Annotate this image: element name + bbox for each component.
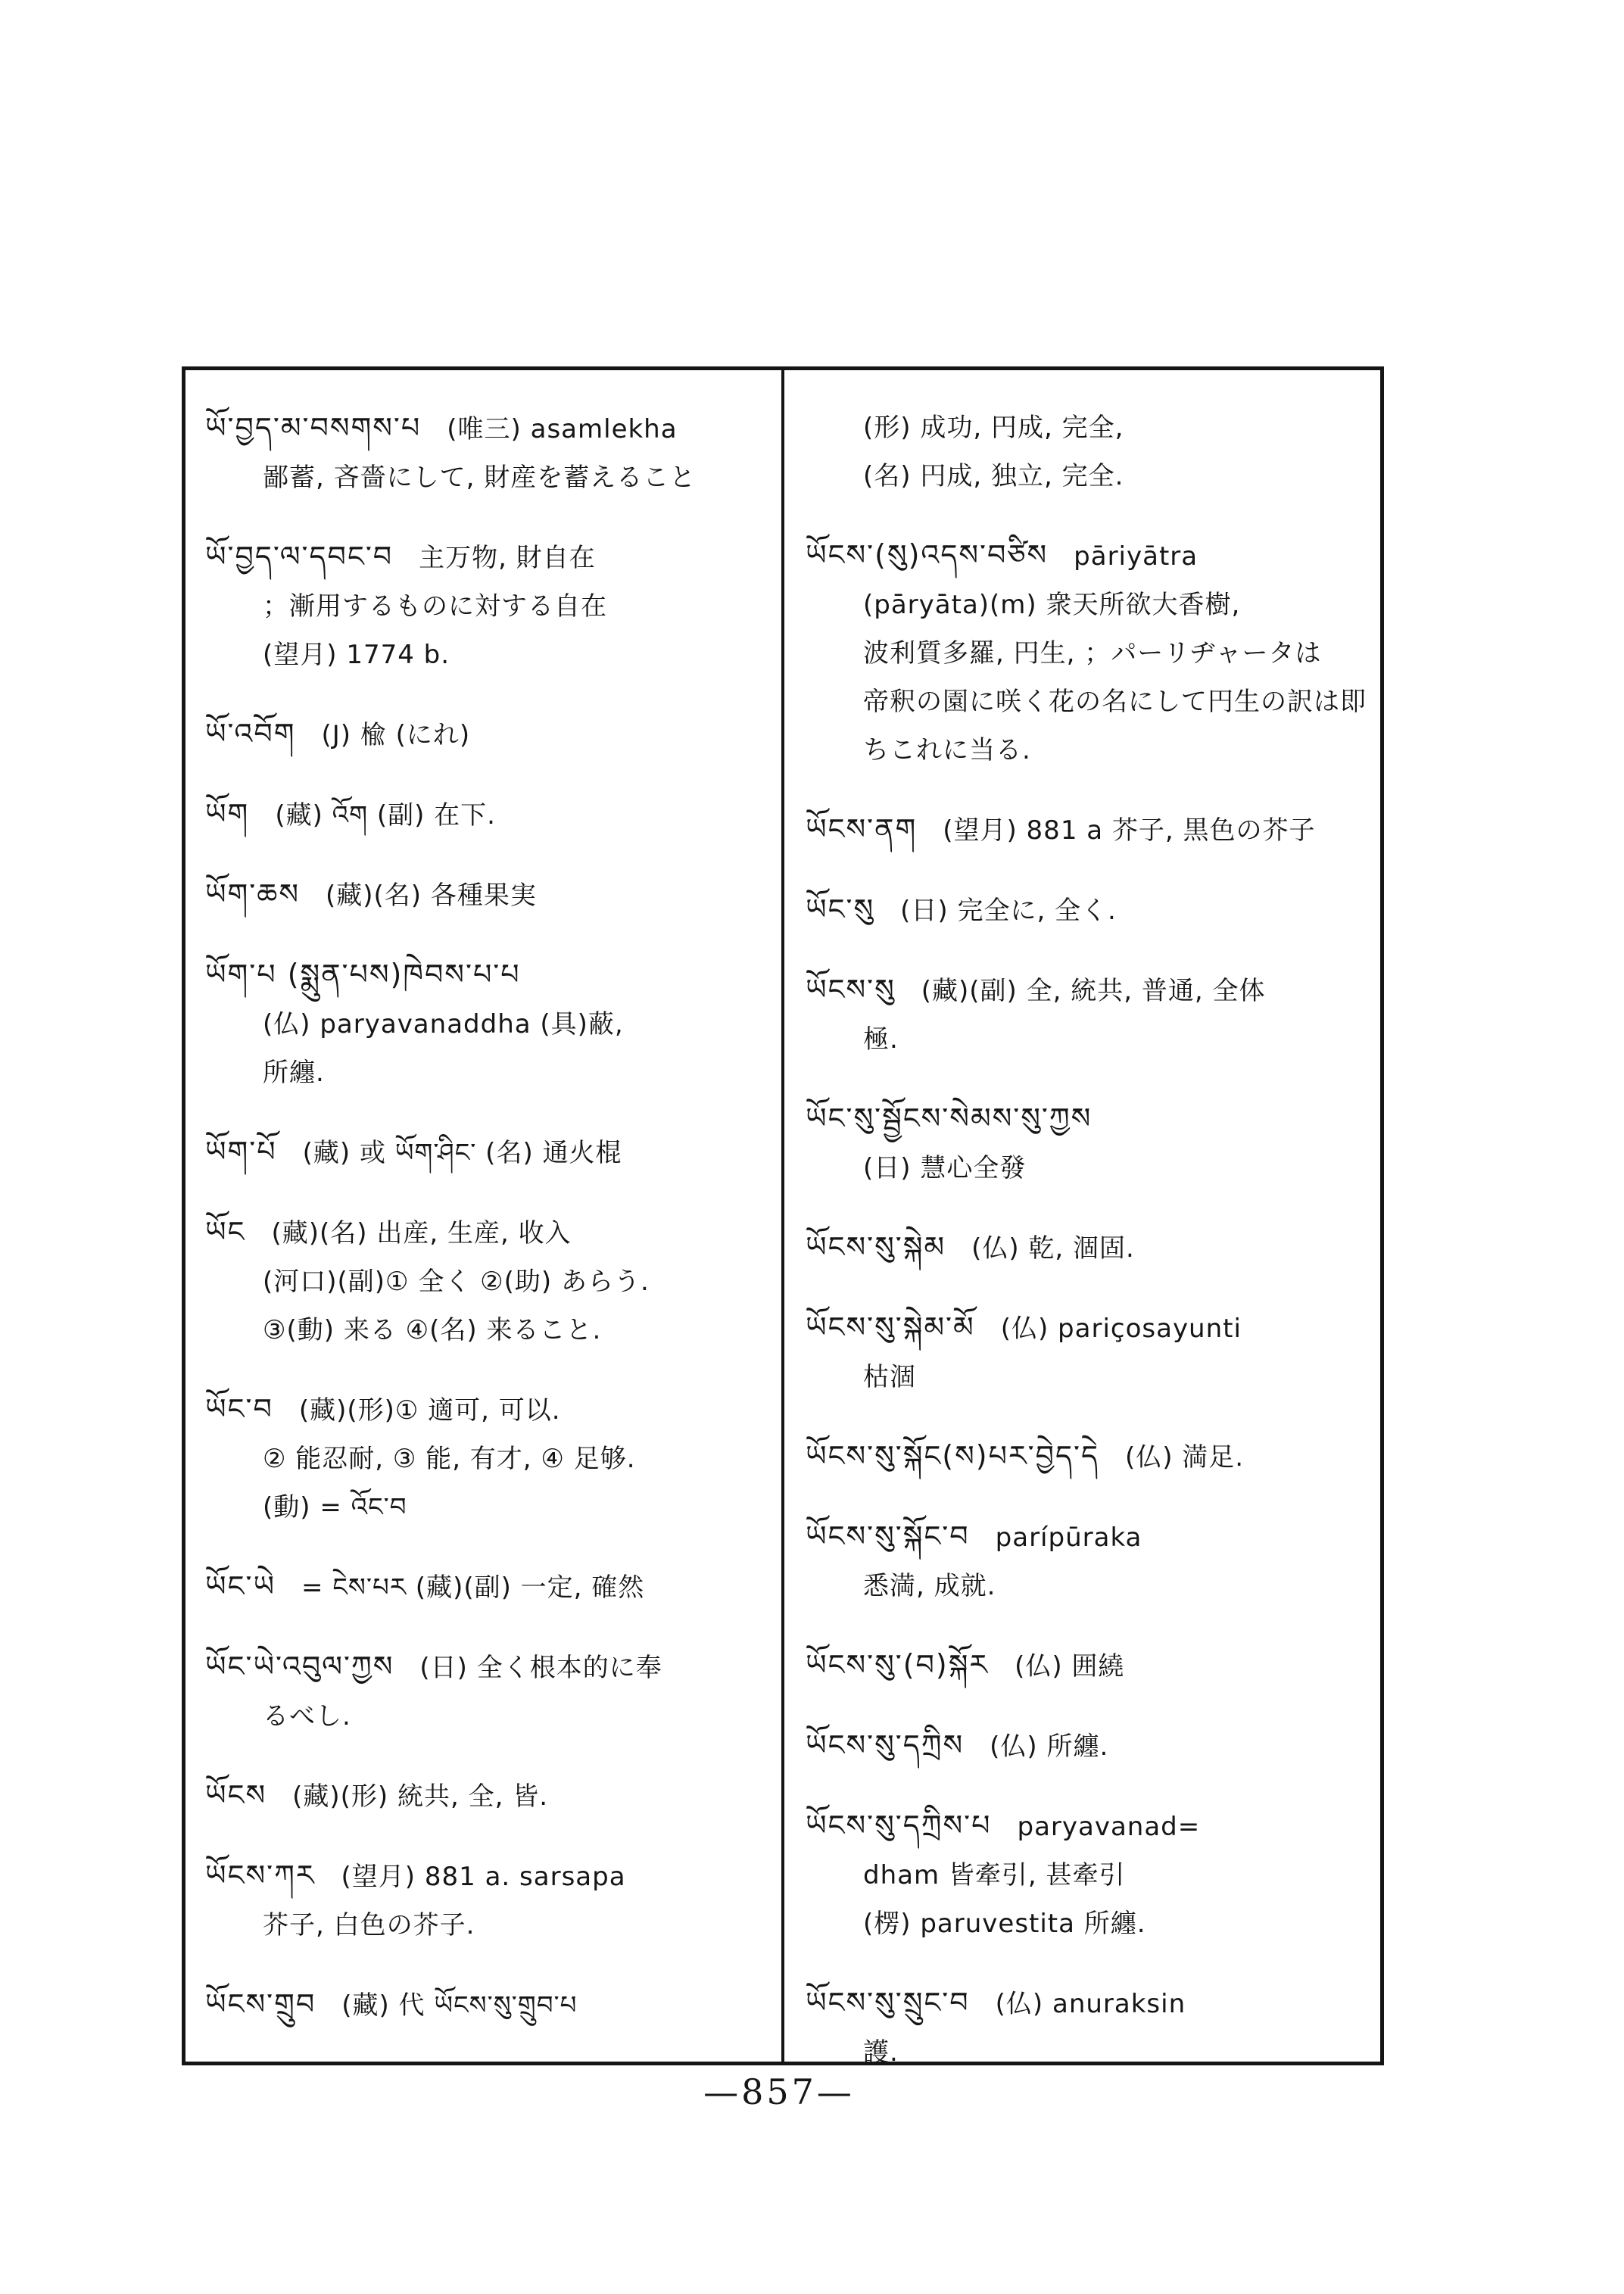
dictionary-entry: ཡོག་ཆས(藏)(名) 各種果実 <box>205 870 781 920</box>
dictionary-entry: ཡོང་ཡེ= ངེས་པར (藏)(副) 一定, 確然 <box>205 1562 781 1612</box>
tibetan-headword: ཡོངས་ནག <box>806 812 917 846</box>
entry-gloss: (望月) 881 a 芥子, 黒色の芥子 <box>943 815 1315 846</box>
entry-first-line: ཡོངས་སུ་དཀྲིས་པparyavanad= <box>806 1801 1380 1851</box>
gloss-continuation-line: (pāryāta)(m) 衆天所欲大香樹, <box>806 581 1380 629</box>
gloss-text: 帝釈の園に咲く花の名にして円生の訳は即 <box>863 687 1367 717</box>
dictionary-entry: ཡོངས་གྲུབ(藏) 代 ཡོངས་སུ་གྲུབ་པ <box>205 1980 781 2030</box>
entry-gloss: (藏)(名) 各種果実 <box>326 881 537 911</box>
gloss-continuation-line: ③(動) 来る ④(名) 来ること. <box>205 1306 781 1354</box>
gloss-continuation-line: 護. <box>806 2028 1380 2062</box>
tibetan-headword: ཡོངས་གྲུབ <box>205 1987 316 2021</box>
gloss-text: 所纏. <box>263 1058 325 1088</box>
continuation-lines: 極. <box>806 1015 1380 1064</box>
tibetan-headword: ཡོངས་སུ་དཀྲིས་པ <box>806 1809 991 1842</box>
tibetan-headword: ཡོངས་ཀར <box>205 1859 316 1892</box>
tibetan-headword: ཡོངས་སུ་སྐོང(ས)པར་བྱེད་དེ <box>806 1439 1099 1473</box>
entry-gloss: (藏)(形)① 適可, 可以. <box>299 1395 561 1426</box>
gloss-text: dham 皆牽引, 甚牽引 <box>863 1860 1126 1890</box>
gloss-continuation-line: (日) 慧心全發 <box>806 1144 1380 1192</box>
tibetan-headword: ཡོངས་སུ <box>806 973 896 1006</box>
entry-first-line: ཡོངས་སུ་སྐོང་བparípūraka <box>806 1512 1380 1562</box>
entry-gloss: (藏) 或 ཡོག་ཤིང་ (名) 通火棍 <box>303 1138 622 1168</box>
entry-first-line: ཡོ་བྱད་ལ་དབང་བ主万物, 財自在 <box>205 532 781 582</box>
dictionary-entry: ཡོ་བྱད་མ་བསགས་པ(唯三) asamlekha 鄙蓄, 吝嗇にして,… <box>205 404 781 502</box>
entry-gloss: (仏) 囲繞 <box>1015 1651 1124 1682</box>
gloss-text: (形) 成功, 円成, 完全, <box>863 413 1124 443</box>
gloss-continuation-line: dham 皆牽引, 甚牽引 <box>806 1851 1380 1900</box>
tibetan-headword: ཡོང་བ <box>205 1392 273 1426</box>
gloss-continuation-line: 悉満, 成就. <box>806 1562 1380 1610</box>
entry-first-line: ཡོངས་སུ་(བ)སྐོར(仏) 囲繞 <box>806 1641 1380 1691</box>
gloss-text: ちこれに当る. <box>863 735 1031 765</box>
entry-first-line: ཡོང་སུ་སྦྱོངས་སེམས་སུ་ཀྱས <box>806 1094 1380 1144</box>
entry-first-line: ཡོངས་སུ(藏)(副) 全, 統共, 普通, 全体 <box>806 965 1380 1015</box>
gloss-text: (名) 円成, 独立, 完全. <box>863 461 1124 491</box>
entry-gloss: (仏) 満足. <box>1125 1442 1244 1473</box>
gloss-continuation-line: 鄙蓄, 吝嗇にして, 財産を蓄えること <box>205 454 781 502</box>
entry-first-line: ཡོངས(藏)(形) 統共, 全, 皆. <box>205 1771 781 1821</box>
dictionary-entry: ཡོང(藏)(名) 出産, 生産, 收入 (河口)(副)① 全く ②(助) あら… <box>205 1208 781 1354</box>
gloss-continuation-line: 枯涸 <box>806 1353 1380 1401</box>
entry-gloss: (唯三) asamlekha <box>447 414 677 444</box>
entry-gloss: (仏) pariçosayunti <box>1001 1314 1242 1344</box>
dictionary-entry: ཡོ་བྱད་ལ་དབང་བ主万物, 財自在 ；漸用するものに対する自在 (望月… <box>205 532 781 679</box>
gloss-text: 波利質多羅, 円生, ；パーリヂャータは <box>863 638 1322 669</box>
entry-first-line: ཡོང་ཡེ= ངེས་པར (藏)(副) 一定, 確然 <box>205 1562 781 1612</box>
dictionary-entry: ཡོངས་སུ་དཀྲིས(仏) 所纏. <box>806 1721 1380 1771</box>
continuation-lines: 護. <box>806 2028 1380 2062</box>
dictionary-entry: ཡོངས་སུ་སྐེམ་མོ(仏) pariçosayunti 枯涸 <box>806 1303 1380 1401</box>
entry-first-line: ཡོང་ཡེ་འབུལ་ཀྱས(日) 全く根本的に奉 <box>205 1642 781 1692</box>
gloss-continuation-line: 波利質多羅, 円生, ；パーリヂャータは <box>806 629 1380 678</box>
continuation-lines: (形) 成功, 円成, 完全, (名) 円成, 独立, 完全. <box>806 404 1380 500</box>
left-column: ཡོ་བྱད་མ་བསགས་པ(唯三) asamlekha 鄙蓄, 吝嗇にして,… <box>185 370 781 2062</box>
entry-first-line: ཡོངས་སུ་སྐེམ་མོ(仏) pariçosayunti <box>806 1303 1380 1353</box>
continuation-lines: ② 能忍耐, ③ 能, 有才, ④ 足够. (動) = འོང་བ <box>205 1435 781 1532</box>
gloss-text: (pāryāta)(m) 衆天所欲大香樹, <box>863 590 1240 620</box>
entry-first-line: ཡོ་བྱད་མ་བསགས་པ(唯三) asamlekha <box>205 404 781 454</box>
entry-first-line: ཡོག་ཆས(藏)(名) 各種果実 <box>205 870 781 920</box>
gloss-text: 極. <box>863 1024 899 1055</box>
scanned-dictionary-page: ཡོ་བྱད་མ་བསགས་པ(唯三) asamlekha 鄙蓄, 吝嗇にして,… <box>0 0 1624 2294</box>
dictionary-entry: ཡོངས་ནག(望月) 881 a 芥子, 黒色の芥子 <box>806 805 1380 855</box>
entry-first-line: ཡོངས་ནག(望月) 881 a 芥子, 黒色の芥子 <box>806 805 1380 855</box>
tibetan-headword: ཡོངས་སུ་སྐོང་བ <box>806 1519 970 1553</box>
dictionary-entry: ཡོངས་(སུ)འདས་བཙིསpāriyātra (pāryāta)(m) … <box>806 531 1380 775</box>
tibetan-headword: ཡོང་ཡེ་འབུལ་ཀྱས <box>205 1650 394 1683</box>
gloss-text: (動) = འོང་བ <box>263 1492 407 1523</box>
dictionary-entry: ཡོངས་སུ་(བ)སྐོར(仏) 囲繞 <box>806 1641 1380 1691</box>
gloss-text: 護. <box>863 2037 899 2062</box>
tibetan-headword: ཡོ་བྱད་མ་བསགས་པ <box>205 411 421 444</box>
gloss-continuation-line: (仏) paryavanaddha (具)蔽, <box>205 1000 781 1049</box>
gloss-continuation-line: ② 能忍耐, ③ 能, 有才, ④ 足够. <box>205 1435 781 1483</box>
dictionary-entry: ཡོངས་སུ་སྲུང་བ(仏) anuraksin 護. <box>806 1978 1380 2062</box>
continuation-lines: るべし. <box>205 1692 781 1741</box>
continuation-lines: (日) 慧心全發 <box>806 1144 1380 1192</box>
entry-first-line: ཡོག་པ (སྨུན་པས)ཁེབས་པ་པ <box>205 950 781 1000</box>
gloss-continuation-line: 所纏. <box>205 1049 781 1097</box>
entry-gloss: 主万物, 財自在 <box>419 543 596 573</box>
dictionary-entry: ཡོ་འབོག(J) 楡 (にれ) <box>205 709 781 759</box>
tibetan-headword: ཡོངས་(སུ)འདས་བཙིས <box>806 538 1048 572</box>
gloss-continuation-line: ；漸用するものに対する自在 <box>205 582 781 631</box>
page-number: —857— <box>182 2071 1376 2112</box>
entry-gloss: = ངེས་པར (藏)(副) 一定, 確然 <box>301 1572 644 1603</box>
entry-gloss: (藏)(形) 統共, 全, 皆. <box>292 1781 548 1812</box>
tibetan-headword: ཡོག་ཆས <box>205 877 300 911</box>
entry-gloss: (藏)(名) 出産, 生産, 收入 <box>271 1218 571 1248</box>
dictionary-entry: ཡོག་པ (སྨུན་པས)ཁེབས་པ་པ (仏) paryavanaddh… <box>205 950 781 1097</box>
dictionary-entry: ཡོང་བ(藏)(形)① 適可, 可以. ② 能忍耐, ③ 能, 有才, ④ 足… <box>205 1385 781 1532</box>
gloss-text: るべし. <box>263 1701 351 1731</box>
tibetan-headword: ཡོངས་སུ་(བ)སྐོར <box>806 1648 989 1682</box>
tibetan-headword: ཡོང <box>205 1215 245 1248</box>
entry-first-line: ཡོག(藏) འོག (副) 在下. <box>205 790 781 840</box>
tibetan-headword: ཡོངས་སུ་སྐེམ་མོ <box>806 1311 975 1344</box>
dictionary-entry: ཡོངས་སུ་དཀྲིས་པparyavanad= dham 皆牽引, 甚牽引… <box>806 1801 1380 1948</box>
continuation-lines: (河口)(副)① 全く ②(助) あらう. ③(動) 来る ④(名) 来ること. <box>205 1258 781 1354</box>
gloss-text: (望月) 1774 b. <box>263 640 450 670</box>
entry-first-line: ཡོང(藏)(名) 出産, 生産, 收入 <box>205 1208 781 1258</box>
continuation-lines: 悉満, 成就. <box>806 1562 1380 1610</box>
continuation-lines: 枯涸 <box>806 1353 1380 1401</box>
tibetan-headword: ཡོང་སུ་སྦྱོངས་སེམས་སུ་ཀྱས <box>806 1102 1092 1135</box>
gloss-continuation-line: (動) = འོང་བ <box>205 1483 781 1532</box>
dictionary-entry: ཡོངས་ཀར(望月) 881 a. sarsapa 芥子, 白色の芥子. <box>205 1851 781 1950</box>
dictionary-entry: ཡོངས(藏)(形) 統共, 全, 皆. <box>205 1771 781 1821</box>
dictionary-entry: ཡོངས་སུ་སྐོང(ས)པར་བྱེད་དེ(仏) 満足. <box>806 1432 1380 1482</box>
tibetan-headword: ཡོངས་སུ་དཀྲིས <box>806 1728 964 1762</box>
entry-first-line: ཡོངས་སུ་སྲུང་བ(仏) anuraksin <box>806 1978 1380 2028</box>
continuation-lines: ；漸用するものに対する自在 (望月) 1774 b. <box>205 582 781 679</box>
gloss-continuation-line: (楞) paruvestita 所纏. <box>806 1900 1380 1948</box>
tibetan-headword: ཡོངས <box>205 1778 267 1812</box>
tibetan-headword: ཡོང་སུ <box>806 893 874 926</box>
entry-first-line: ཡོངས་གྲུབ(藏) 代 ཡོངས་སུ་གྲུབ་པ <box>205 1980 781 2030</box>
gloss-continuation-line: (河口)(副)① 全く ②(助) あらう. <box>205 1258 781 1306</box>
dictionary-entry: ཡོང་ཡེ་འབུལ་ཀྱས(日) 全く根本的に奉 るべし. <box>205 1642 781 1741</box>
tibetan-headword: ཡོག་པོ <box>205 1135 277 1168</box>
gloss-continuation-line: (形) 成功, 円成, 完全, <box>806 404 1380 452</box>
entry-gloss: (藏) འོག (副) 在下. <box>275 800 496 831</box>
gloss-continuation-line: 帝釈の園に咲く花の名にして円生の訳は即 <box>806 678 1380 726</box>
gloss-text: (楞) paruvestita 所纏. <box>863 1909 1146 1939</box>
tibetan-headword: ཡོངས་སུ་སྐེམ <box>806 1230 946 1264</box>
gloss-text: (河口)(副)① 全く ②(助) あらう. <box>263 1267 650 1297</box>
entry-first-line: ཡོ་འབོག(J) 楡 (にれ) <box>205 709 781 759</box>
tibetan-headword: ཡོ་བྱད་ལ་དབང་བ <box>205 540 393 573</box>
gloss-continuation-line: (望月) 1774 b. <box>205 631 781 679</box>
entry-first-line: ཡོངས་(སུ)འདས་བཙིསpāriyātra <box>806 531 1380 581</box>
page-border-box: ཡོ་བྱད་མ་བསགས་པ(唯三) asamlekha 鄙蓄, 吝嗇にして,… <box>182 366 1384 2065</box>
continuation-lines: dham 皆牽引, 甚牽引 (楞) paruvestita 所纏. <box>806 1851 1380 1948</box>
gloss-text: 鄙蓄, 吝嗇にして, 財産を蓄えること <box>263 463 696 493</box>
continuation-lines: (pāryāta)(m) 衆天所欲大香樹, 波利質多羅, 円生, ；パーリヂャー… <box>806 581 1380 775</box>
entry-first-line: ཡོག་པོ(藏) 或 ཡོག་ཤིང་ (名) 通火棍 <box>205 1127 781 1177</box>
dictionary-entry: ཡོངས་སུ(藏)(副) 全, 統共, 普通, 全体 極. <box>806 965 1380 1064</box>
entry-first-line: ཡོང་སུ(日) 完全に, 全く. <box>806 885 1380 935</box>
continuation-lines: 芥子, 白色の芥子. <box>205 1901 781 1950</box>
tibetan-headword: ཡོག <box>205 797 249 831</box>
entry-first-line: ཡོངས་སུ་སྐེམ(仏) 乾, 涸固. <box>806 1223 1380 1273</box>
gloss-text: 悉満, 成就. <box>863 1571 996 1601</box>
gloss-text: (仏) paryavanaddha (具)蔽, <box>263 1009 624 1039</box>
gloss-continuation-line: ちこれに当る. <box>806 726 1380 775</box>
gloss-text: ；漸用するものに対する自在 <box>263 591 607 622</box>
right-column: (形) 成功, 円成, 完全, (名) 円成, 独立, 完全. ཡོངས་(སུ… <box>784 370 1380 2062</box>
entry-gloss: pāriyātra <box>1074 541 1198 572</box>
dictionary-entry: ཡོངས་སུ་སྐོང་བparípūraka 悉満, 成就. <box>806 1512 1380 1610</box>
continuation-lines: (仏) paryavanaddha (具)蔽, 所纏. <box>205 1000 781 1097</box>
dictionary-entry: ཡོག་པོ(藏) 或 ཡོག་ཤིང་ (名) 通火棍 <box>205 1127 781 1177</box>
gloss-text: 枯涸 <box>863 1362 916 1392</box>
gloss-text: ② 能忍耐, ③ 能, 有才, ④ 足够. <box>263 1444 636 1474</box>
dictionary-entry: ཡོང་སུ་སྦྱོངས་སེམས་སུ་ཀྱས (日) 慧心全發 <box>806 1094 1380 1192</box>
entry-gloss: (仏) anuraksin <box>996 1989 1186 2019</box>
entry-gloss: (日) 全く根本的に奉 <box>419 1653 662 1683</box>
entry-gloss: (日) 完全に, 全く. <box>900 896 1117 926</box>
dictionary-entry: ཡོང་སུ(日) 完全に, 全く. <box>806 885 1380 935</box>
dictionary-entry: (形) 成功, 円成, 完全, (名) 円成, 独立, 完全. <box>806 404 1380 500</box>
entry-gloss: (仏) 乾, 涸固. <box>971 1233 1135 1264</box>
entry-gloss: parípūraka <box>996 1523 1142 1553</box>
tibetan-headword: ཡོངས་སུ་སྲུང་བ <box>806 1986 970 2019</box>
entry-first-line: ཡོངས་སུ་སྐོང(ས)པར་བྱེད་དེ(仏) 満足. <box>806 1432 1380 1482</box>
gloss-continuation-line: (名) 円成, 独立, 完全. <box>806 452 1380 500</box>
tibetan-headword: ཡོ་འབོག <box>205 717 295 750</box>
dictionary-entry: ཡོག(藏) འོག (副) 在下. <box>205 790 781 840</box>
entry-gloss: (J) 楡 (にれ) <box>321 720 470 750</box>
entry-gloss: (望月) 881 a. sarsapa <box>341 1862 626 1892</box>
gloss-continuation-line: 芥子, 白色の芥子. <box>205 1901 781 1950</box>
tibetan-headword: ཡོང་ཡེ <box>205 1569 276 1603</box>
continuation-lines: 鄙蓄, 吝嗇にして, 財産を蓄えること <box>205 454 781 502</box>
gloss-continuation-line: 極. <box>806 1015 1380 1064</box>
entry-gloss: paryavanad= <box>1017 1812 1200 1842</box>
entry-first-line: ཡོང་བ(藏)(形)① 適可, 可以. <box>205 1385 781 1435</box>
tibetan-headword: ཡོག་པ (སྨུན་པས)ཁེབས་པ་པ <box>205 958 521 991</box>
entry-first-line: ཡོངས་ཀར(望月) 881 a. sarsapa <box>205 1851 781 1901</box>
gloss-text: ③(動) 来る ④(名) 来ること. <box>263 1315 601 1345</box>
gloss-continuation-line: るべし. <box>205 1692 781 1741</box>
dictionary-entry: ཡོངས་སུ་སྐེམ(仏) 乾, 涸固. <box>806 1223 1380 1273</box>
gloss-text: 芥子, 白色の芥子. <box>263 1910 475 1940</box>
gloss-text: (日) 慧心全發 <box>863 1153 1026 1183</box>
entry-first-line: ཡོངས་སུ་དཀྲིས(仏) 所纏. <box>806 1721 1380 1771</box>
entry-gloss: (藏) 代 ཡོངས་སུ་གྲུབ་པ <box>341 1990 577 2021</box>
entry-gloss: (仏) 所纏. <box>990 1731 1108 1762</box>
entry-gloss: (藏)(副) 全, 統共, 普通, 全体 <box>921 976 1266 1006</box>
